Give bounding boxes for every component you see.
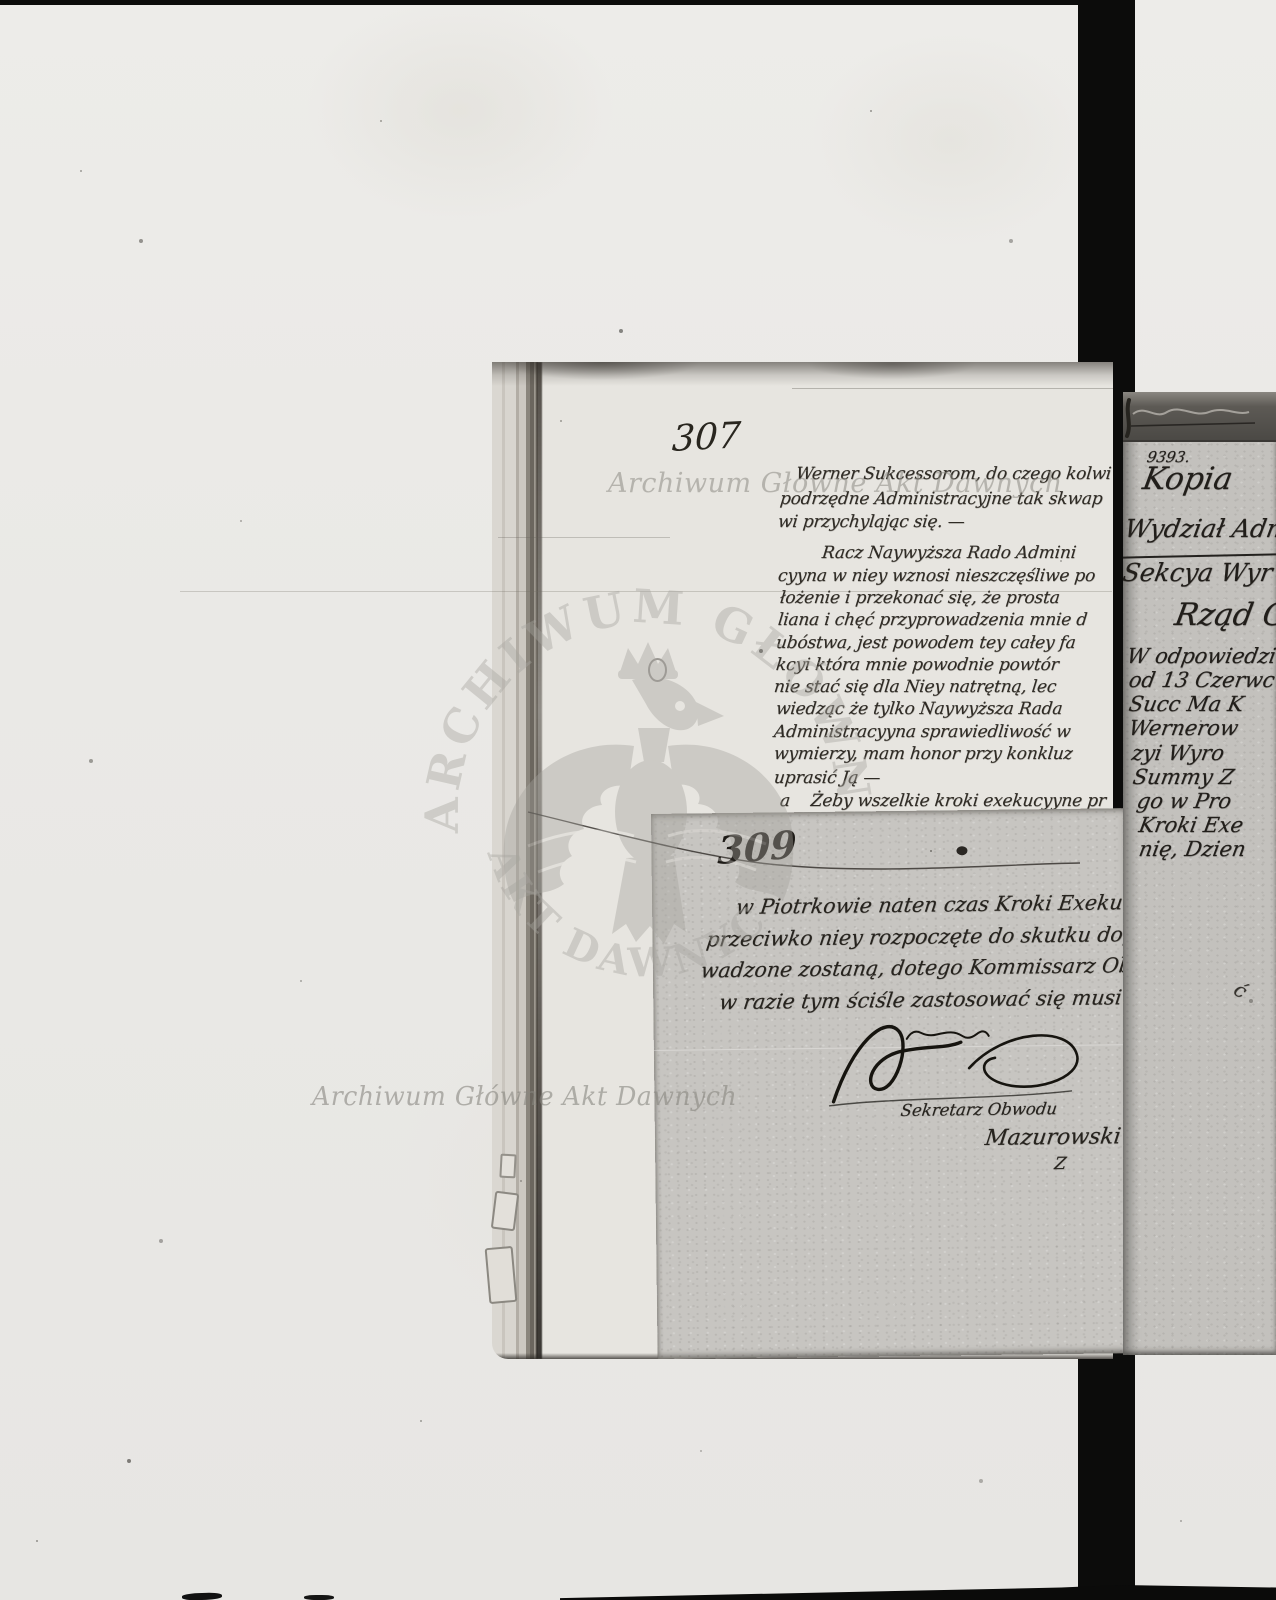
copy-page-line: Summy Z (1131, 767, 1236, 788)
handwriting-line: cyyna w niey wznosi nieszczęśliwe po (777, 568, 1096, 585)
page-307-number: 307 (671, 418, 742, 458)
torn-tab (499, 1154, 516, 1179)
handwriting-line: Werner Sukcessorom, do czego kolwi (795, 466, 1112, 483)
copy-page-header-band (1123, 392, 1276, 442)
copy-page-line: Sekcya Wyr (1123, 560, 1274, 585)
handwriting-line: liana i chęć przyprowadzenia mnie d (777, 612, 1088, 629)
handwriting-line: wiedząc że tylko Naywyższa Rada (775, 701, 1063, 718)
signature-name: Mazurowski (984, 1126, 1122, 1150)
signature-flourish (818, 1006, 1119, 1115)
copy-page-line: zyi Wyro (1130, 743, 1226, 764)
copy-page-line: Wernerow (1127, 718, 1240, 739)
archival-scan-canvas: Werner Sukcessorom, do czego kolwi podrz… (0, 0, 1276, 1600)
film-edge-blob (182, 1592, 222, 1600)
copy-page-line: Kopia (1140, 464, 1235, 495)
handwriting-line: w Piotrkowie naten czas Kroki Exekucyy (735, 892, 1137, 918)
copy-page-line: od 13 Czerwc (1127, 670, 1276, 691)
film-edge-bottom (560, 1584, 1276, 1600)
handwriting-line: przeciwko niey rozpoczęte do skutku dopr… (705, 924, 1136, 950)
copy-page-line: W odpowiedzi (1125, 646, 1276, 667)
crease-line (180, 591, 1112, 592)
copy-page-line: Wydział Adm (1123, 516, 1276, 541)
film-edge-top (0, 0, 1082, 5)
copy-page-line: Kroki Exe (1137, 815, 1245, 836)
signature-initial: Z (1053, 1156, 1067, 1173)
handwriting-line: wymierzy, mam honor przy konkluz (773, 746, 1073, 763)
handwriting-line: nie stać się dla Niey natrętną, lec (773, 679, 1057, 696)
torn-tab (491, 1191, 519, 1232)
signature-title: Sekretarz Obwodu (900, 1101, 1058, 1119)
header-script-squiggle (1123, 392, 1276, 440)
copy-page-line: Succ Ma K (1127, 694, 1245, 715)
copy-page-line: nię, Dzien (1137, 839, 1247, 860)
stray-mark: ć (1231, 979, 1251, 1002)
torn-tab (485, 1246, 518, 1304)
handwriting-line: Racz Naywyższa Rado Admini (821, 545, 1077, 562)
copy-page-line: Rząd Gu (1172, 600, 1276, 631)
handwriting-line: podrzędne Administracyjne tak skwap (779, 491, 1103, 508)
handwriting-line: Administracyyna sprawiedliwość w (773, 724, 1071, 741)
copy-page-right: 9393. Kopia Wydział Adm Sekcya Wyr Rząd … (1123, 392, 1276, 1355)
pen-line-under-309 (480, 780, 1120, 880)
film-edge-blob (304, 1595, 334, 1600)
handwriting-line: wi przychylając się. — (777, 514, 965, 531)
handwriting-line: ubóstwa, jest powodem tey całey fa (775, 635, 1076, 652)
handwriting-line: kcyi która mnie powodnie powtór (775, 657, 1059, 674)
copy-page-line: go w Pro (1135, 791, 1233, 812)
handwriting-line: wadzone zostaną, dotego Kommissarz Ob (700, 955, 1134, 981)
overlay-page-309: 309 w Piotrkowie naten czas Kroki Exekuc… (651, 808, 1137, 1359)
handwriting-line: łożenie i przekonać się, że prosta (779, 590, 1060, 607)
